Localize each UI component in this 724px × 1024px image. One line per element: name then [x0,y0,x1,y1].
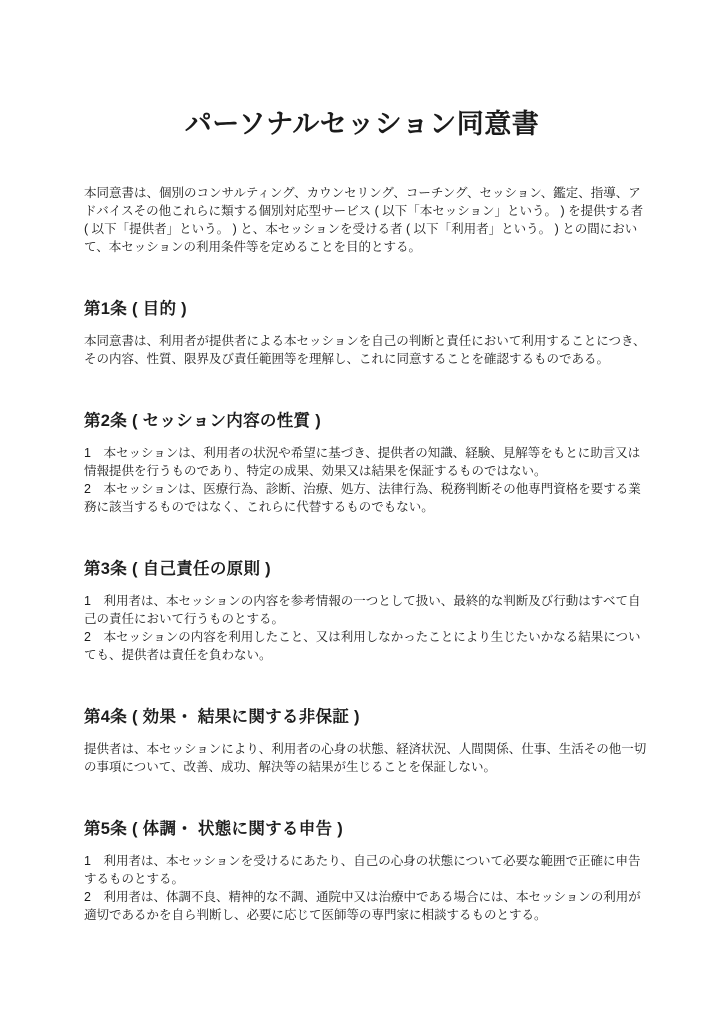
text-line: 務に該当するものではなく、これらに代替するものでもない。 [84,498,640,516]
article-2-body: 1 本セッションは、利用者の状況や希望に基づき、提供者の知識、経験、見解等をもと… [84,444,640,516]
text-line: 本同意書は、個別のコンサルティング、カウンセリング、コーチング、セッション、鑑定… [84,184,640,202]
article-1-body: 本同意書は、利用者が提供者による本セッションを自己の判断と責任において利用するこ… [84,332,640,368]
article-1-heading: 第1条 ( 目的 ) [84,298,640,320]
document-title: パーソナルセッション同意書 [84,104,640,144]
text-line: 1 本セッションは、利用者の状況や希望に基づき、提供者の知識、経験、見解等をもと… [84,444,640,462]
article-4-heading: 第4条 ( 効果・ 結果に関する非保証 ) [84,706,640,728]
article-5-body: 1 利用者は、本セッションを受けるにあたり、自己の心身の状態について必要な範囲で… [84,852,640,924]
text-line: 1 利用者は、本セッションの内容を参考情報の一つとして扱い、最終的な判断及び行動… [84,592,640,610]
article-5-heading: 第5条 ( 体調・ 状態に関する申告 ) [84,818,640,840]
text-line: するものとする。 [84,870,640,888]
text-line: ても、提供者は責任を負わない。 [84,646,640,664]
text-line: 2 利用者は、体調不良、精神的な不調、通院中又は治療中である場合には、本セッショ… [84,888,640,906]
article-2-heading: 第2条 ( セッション内容の性質 ) [84,410,640,432]
text-line: 適切であるかを自ら判断し、必要に応じて医師等の専門家に相談するものとする。 [84,906,640,924]
text-line: 情報提供を行うものであり、特定の成果、効果又は結果を保証するものではない。 [84,462,640,480]
article-4-no-guarantee: 第4条 ( 効果・ 結果に関する非保証 ) 提供者は、本セッションにより、利用者… [84,706,640,776]
article-3-body: 1 利用者は、本セッションの内容を参考情報の一つとして扱い、最終的な判断及び行動… [84,592,640,664]
article-2-session-nature: 第2条 ( セッション内容の性質 ) 1 本セッションは、利用者の状況や希望に基… [84,410,640,516]
text-line: 己の責任において行うものとする。 [84,610,640,628]
text-line: て、本セッションの利用条件等を定めることを目的とする。 [84,238,640,256]
article-4-body: 提供者は、本セッションにより、利用者の心身の状態、経済状況、人間関係、仕事、生活… [84,740,640,776]
article-3-heading: 第3条 ( 自己責任の原則 ) [84,558,640,580]
article-5-health-declaration: 第5条 ( 体調・ 状態に関する申告 ) 1 利用者は、本セッションを受けるにあ… [84,818,640,924]
text-line: ( 以下「提供者」という。 ) と、本セッションを受ける者 ( 以下「利用者」と… [84,220,640,238]
text-line: 提供者は、本セッションにより、利用者の心身の状態、経済状況、人間関係、仕事、生活… [84,740,640,758]
article-1-purpose: 第1条 ( 目的 ) 本同意書は、利用者が提供者による本セッションを自己の判断と… [84,298,640,368]
text-line: 1 利用者は、本セッションを受けるにあたり、自己の心身の状態について必要な範囲で… [84,852,640,870]
text-line: 本同意書は、利用者が提供者による本セッションを自己の判断と責任において利用するこ… [84,332,640,350]
document-page: パーソナルセッション同意書 本同意書は、個別のコンサルティング、カウンセリング、… [0,0,724,1024]
text-line: の事項について、改善、成功、解決等の結果が生じることを保証しない。 [84,758,640,776]
article-3-self-responsibility: 第3条 ( 自己責任の原則 ) 1 利用者は、本セッションの内容を参考情報の一つ… [84,558,640,664]
text-line: ドバイスその他これらに類する個別対応型サービス ( 以下「本セッション」という。… [84,202,640,220]
intro-paragraph: 本同意書は、個別のコンサルティング、カウンセリング、コーチング、セッション、鑑定… [84,184,640,256]
text-line: 2 本セッションの内容を利用したこと、又は利用しなかったことにより生じたいかなる… [84,628,640,646]
text-line: その内容、性質、限界及び責任範囲等を理解し、これに同意することを確認するものであ… [84,350,640,368]
text-line: 2 本セッションは、医療行為、診断、治療、処方、法律行為、税務判断その他専門資格… [84,480,640,498]
